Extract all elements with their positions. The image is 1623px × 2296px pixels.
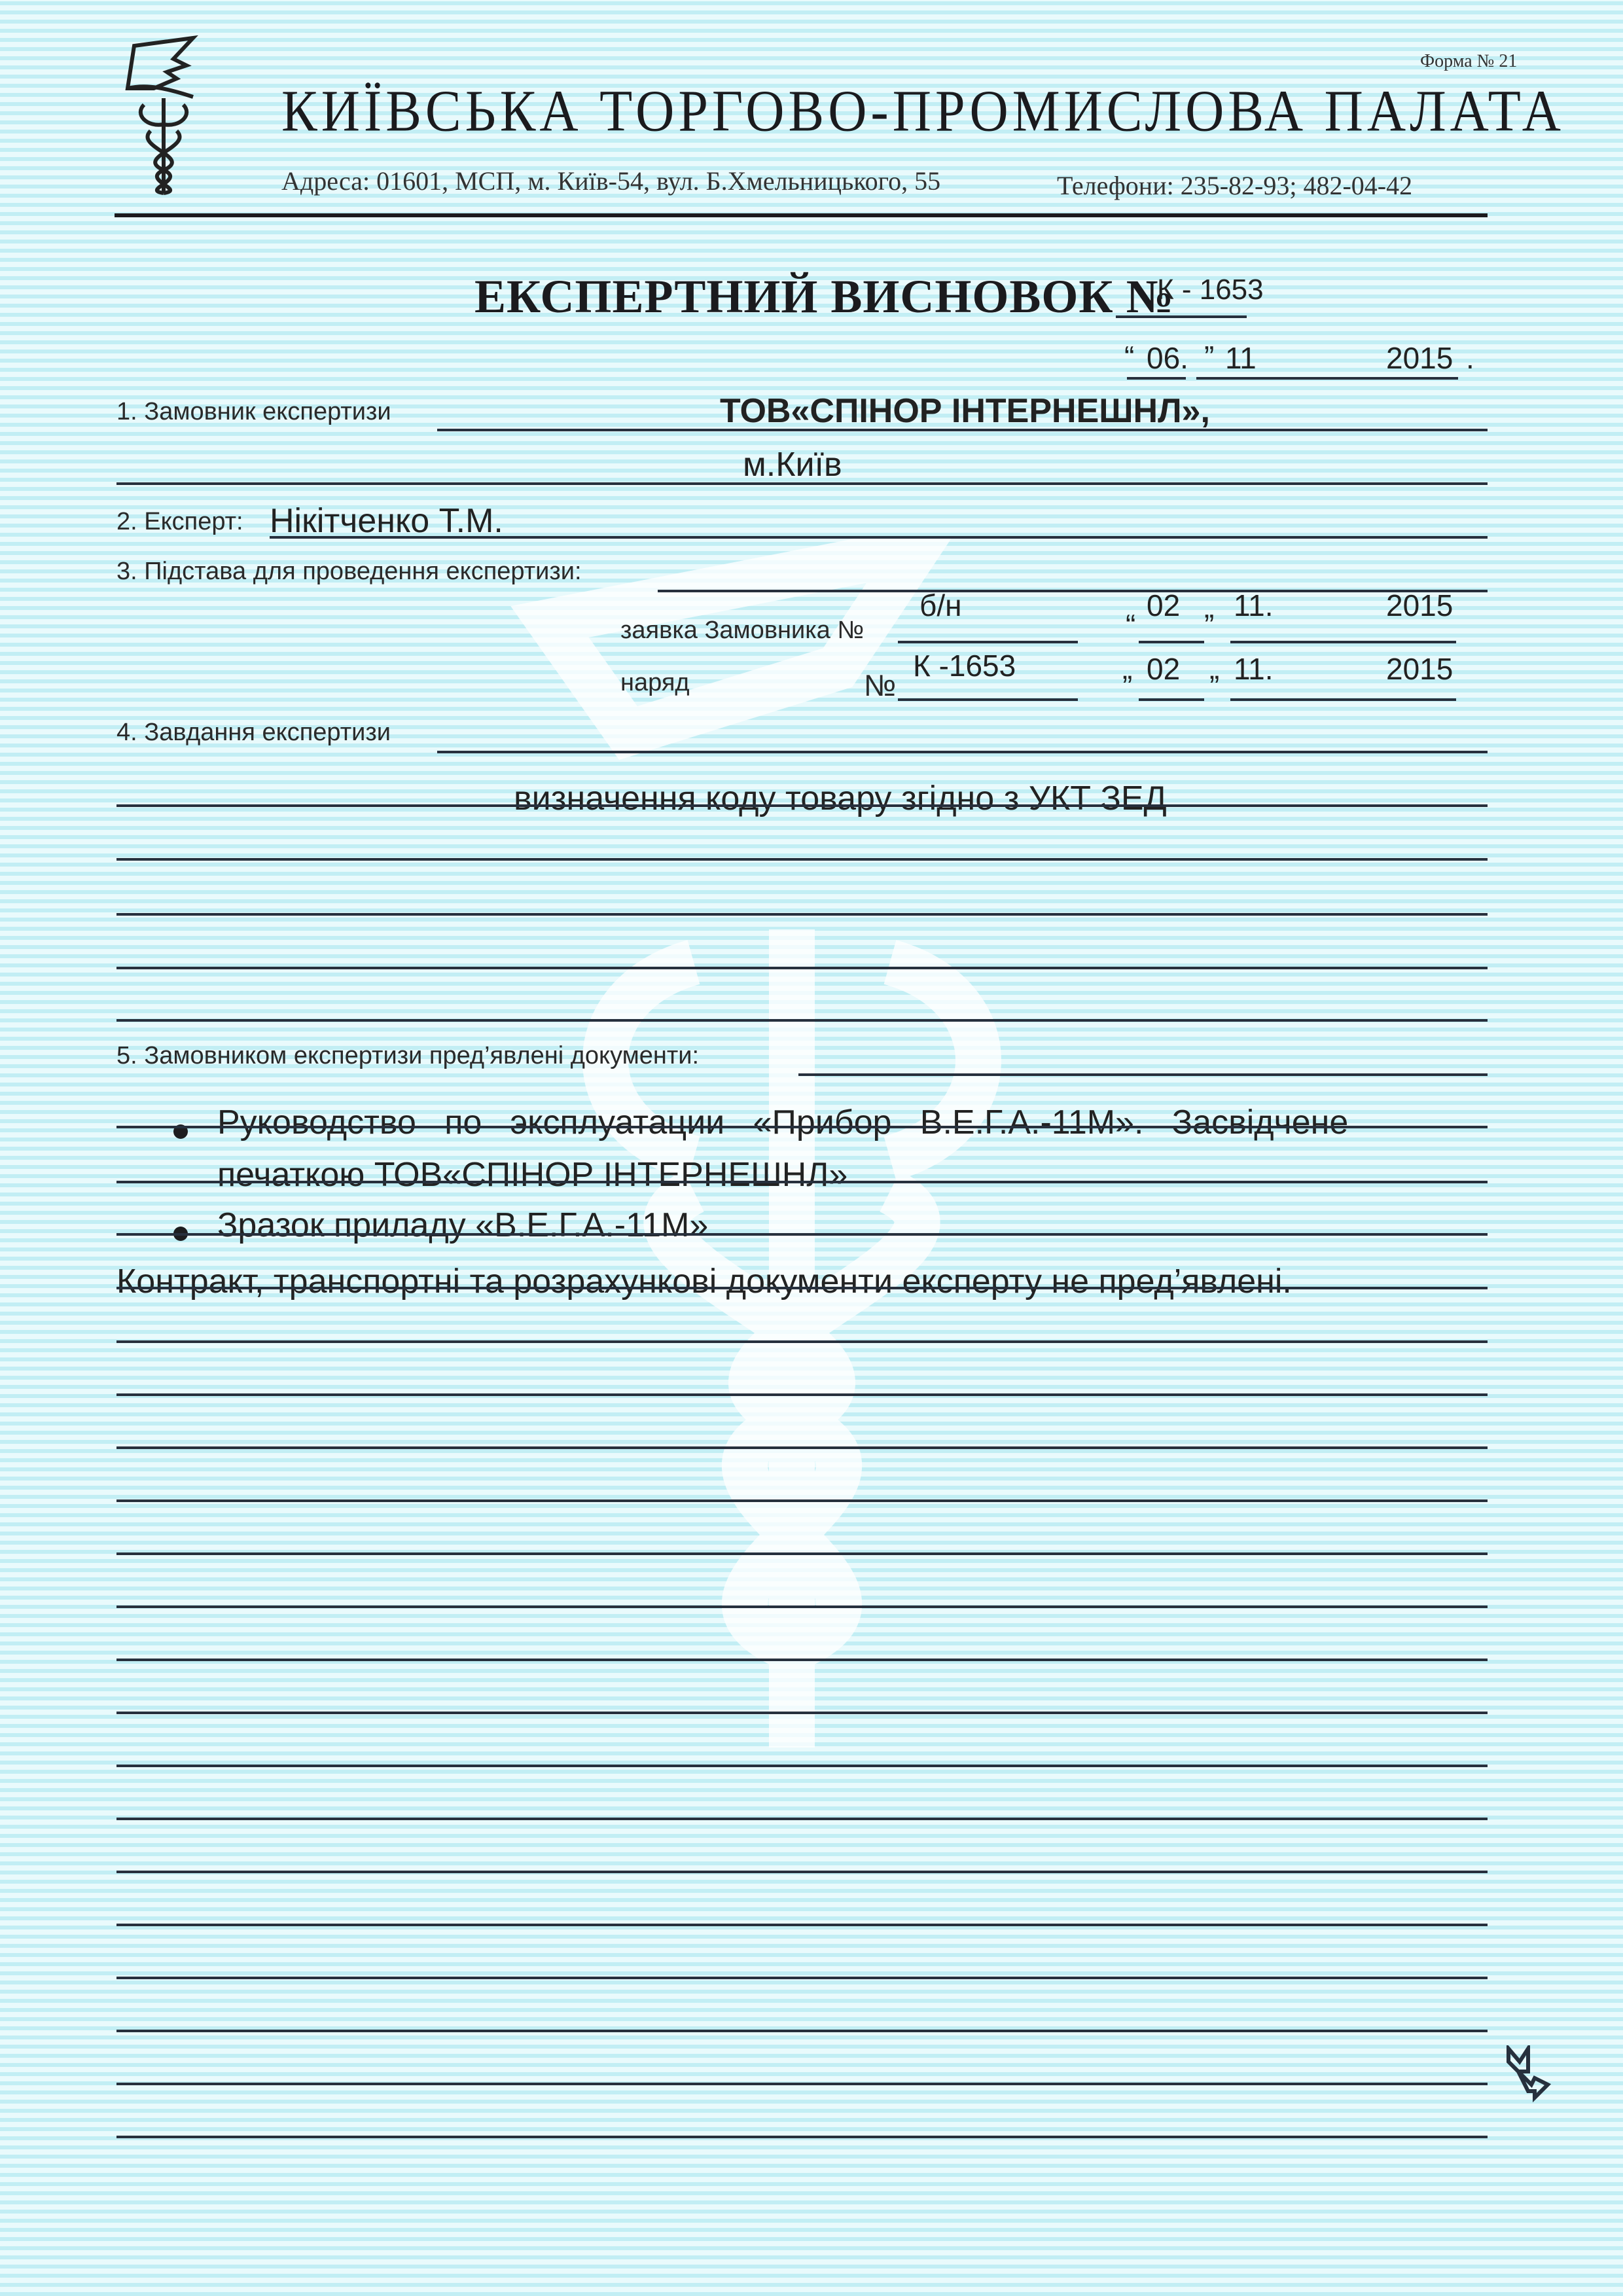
blank-ruled-line <box>116 1871 1488 1873</box>
date-month: 11 <box>1225 340 1257 376</box>
org-address: Адреса: 01601, МСП, м. Київ-54, вул. Б.Х… <box>281 166 940 196</box>
task-value: визначення коду товару згідно з УКТ ЗЕД <box>514 779 1167 818</box>
order-number: К -1653 <box>913 648 1016 683</box>
blank-ruled-line <box>116 1605 1488 1608</box>
expert-value: Нікітченко Т.М. <box>270 501 503 541</box>
documents-line-3 <box>116 1181 1488 1183</box>
task-line-5 <box>116 967 1488 969</box>
document-item-1-line-1: Руководство по эксплуатации «Прибор В.Е.… <box>217 1103 1348 1142</box>
customer-value: ТОВ«СПІНОР ІНТЕРНЕШНЛ», <box>720 391 1210 431</box>
order-label: наряд <box>620 669 690 697</box>
blank-ruled-line <box>116 1818 1488 1820</box>
document-item-2: Зразок приладу «В.Е.Г.А.-11М» <box>217 1206 708 1245</box>
turn-page-arrow-icon <box>1505 2045 1551 2104</box>
customer-line <box>437 429 1488 431</box>
blank-ruled-line <box>116 2136 1488 2138</box>
document-number: К - 1653 <box>1157 274 1264 306</box>
org-phones: Телефони: 235-82-93; 482-04-42 <box>1057 170 1412 201</box>
order-month: 11. <box>1234 651 1274 687</box>
task-line-1 <box>437 751 1488 753</box>
order-day-underline <box>1139 698 1204 701</box>
blank-ruled-line <box>116 2083 1488 2085</box>
blank-ruled-line <box>116 1446 1488 1449</box>
documents-line-1 <box>798 1073 1488 1076</box>
date-close-quote: ” <box>1204 339 1214 374</box>
request-number: б/н <box>919 588 962 623</box>
task-line-2 <box>116 804 1488 807</box>
document-title: ЕКСПЕРТНИЙ ВИСНОВОК № <box>474 270 1174 324</box>
order-close-quote: „ <box>1209 651 1219 686</box>
date-day-underline <box>1127 377 1186 380</box>
request-year: 2015 <box>1386 588 1453 623</box>
order-number-underline <box>898 698 1078 701</box>
caduceus-winged-icon <box>115 33 213 196</box>
task-line-4 <box>116 913 1488 916</box>
date-open-quote: “ <box>1124 339 1134 374</box>
order-open-quote: „ <box>1122 651 1132 686</box>
number-underline <box>1116 315 1247 318</box>
documents-line-4 <box>116 1233 1488 1236</box>
header-rule <box>115 213 1488 217</box>
expert-line <box>270 536 1488 539</box>
date-year: 2015 <box>1386 340 1453 376</box>
customer-label: 1. Замовник експертизи <box>116 398 391 426</box>
blank-ruled-line <box>116 2030 1488 2032</box>
date-period: . <box>1466 340 1474 376</box>
blank-ruled-line <box>116 1499 1488 1502</box>
documents-line-2 <box>116 1126 1488 1128</box>
request-open-quote: “ <box>1126 607 1135 643</box>
task-label: 4. Завдання експертизи <box>116 719 391 747</box>
basis-label: 3. Підстава для проведення експертизи: <box>116 558 582 586</box>
blank-ruled-line <box>116 1659 1488 1661</box>
blank-ruled-line <box>116 1340 1488 1343</box>
blank-ruled-line <box>116 1552 1488 1555</box>
blank-ruled-line <box>116 1924 1488 1926</box>
task-line-3 <box>116 858 1488 861</box>
org-name: КИЇВСЬКА ТОРГОВО-ПРОМИСЛОВА ПАЛАТА <box>281 77 1565 145</box>
customer-city: м.Київ <box>743 445 842 484</box>
request-label: заявка Замовника № <box>620 617 864 645</box>
request-day-underline <box>1139 641 1204 643</box>
order-day: 02 <box>1147 651 1180 687</box>
customer-line-2 <box>116 482 1488 485</box>
documents-line-5 <box>116 1287 1488 1289</box>
request-month: 11. <box>1234 588 1274 623</box>
order-no-sign: № <box>864 668 896 703</box>
documents-label: 5. Замовником експертизи пред’явлені док… <box>116 1042 699 1070</box>
request-number-underline <box>898 641 1078 643</box>
request-year-underline <box>1230 641 1456 643</box>
documents-note: Контракт, транспортні та розрахункові до… <box>116 1262 1292 1301</box>
blank-ruled-line <box>116 1765 1488 1767</box>
request-day: 02 <box>1147 588 1180 623</box>
document-item-1-line-2: печаткою ТОВ«СПІНОР ІНТЕРНЕШНЛ» <box>217 1155 847 1194</box>
form-number: Форма № 21 <box>1420 51 1517 72</box>
date-year-underline <box>1196 377 1458 380</box>
basis-line <box>658 590 1488 592</box>
date-day: 06. <box>1147 340 1188 376</box>
order-year-underline <box>1230 698 1456 701</box>
blank-ruled-line <box>116 1977 1488 1979</box>
order-year: 2015 <box>1386 651 1453 687</box>
blank-ruled-line <box>116 1393 1488 1396</box>
expert-label: 2. Експерт: <box>116 508 243 536</box>
blank-ruled-line <box>116 1712 1488 1714</box>
request-close-quote: ” <box>1204 607 1214 643</box>
task-line-6 <box>116 1019 1488 1022</box>
